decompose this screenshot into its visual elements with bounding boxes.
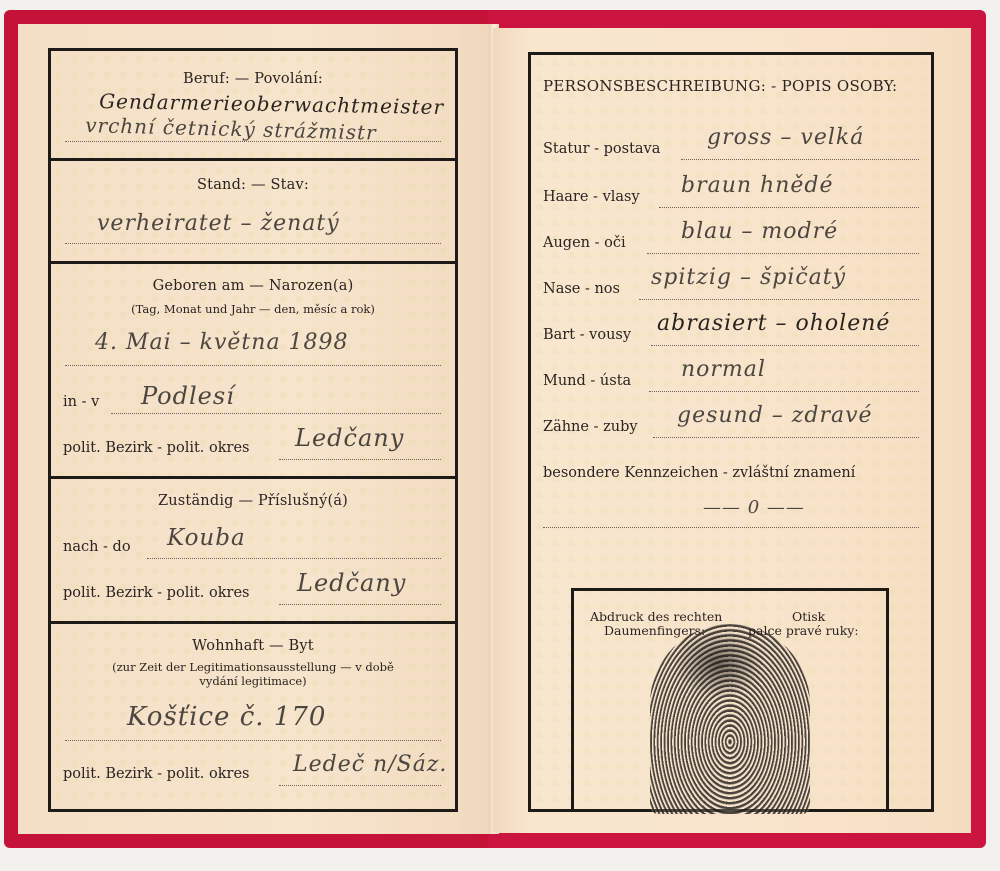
residence-district-label: polit. Bezirk - polit. okres [63, 766, 249, 782]
residence-subtitle-line2: vydání legitimace) [51, 674, 455, 688]
mund-value: normal [681, 357, 766, 382]
thumbprint-label-de-2: Daumenfingers: [604, 623, 705, 638]
bart-value: abrasiert – oholené [657, 311, 890, 336]
birth-place-label: in - v [63, 394, 99, 410]
zaehne-dotline [653, 437, 919, 438]
haare-label: Haare - vlasy [543, 189, 640, 205]
augen-value: blau – modré [681, 219, 838, 244]
birth-district-dotline [279, 459, 441, 460]
thumbprint-label-de-1: Abdruck des rechten [590, 609, 722, 624]
residence-address-value: Košťice č. 170 [127, 702, 326, 732]
augen-label: Augen - oči [543, 235, 626, 251]
occupation-dotline [65, 141, 441, 142]
haare-dotline [659, 207, 919, 208]
residence-address-dotline [65, 740, 441, 741]
domicile-place-value: Kouba [167, 525, 246, 551]
personal-description-title: PERSONSBESCHREIBUNG: - POPIS OSOBY: [543, 77, 897, 95]
special-marks-value: —— 0 —— [703, 497, 805, 518]
residence-district-dotline [279, 785, 441, 786]
special-marks-dotline [543, 527, 919, 528]
statur-label: Statur - postava [543, 141, 660, 157]
thumbprint-label-cs-1: Otisk [792, 609, 825, 624]
birth-district-label: polit. Bezirk - polit. okres [63, 440, 249, 456]
occupation-value-line2: vrchní četnický strážmistr [85, 113, 377, 145]
bart-label: Bart - vousy [543, 327, 631, 343]
nase-label: Nase - nos [543, 281, 620, 297]
residence-district-value: Ledeč n/Sáz. [293, 752, 447, 777]
domicile-district-label: polit. Bezirk - polit. okres [63, 585, 249, 601]
statur-dotline [681, 159, 919, 160]
birth-place-dotline [111, 413, 441, 414]
fingerprint-smudge [674, 629, 764, 699]
domicile-district-value: Ledčany [297, 569, 406, 597]
residence-subtitle-line1: (zur Zeit der Legitimationsausstellung —… [51, 660, 455, 674]
statur-value: gross – velká [707, 125, 864, 150]
birth-date-value: 4. Mai – května 1898 [95, 330, 349, 355]
zaehne-label: Zähne - zuby [543, 419, 638, 435]
birth-date-dotline [65, 365, 441, 366]
nase-dotline [639, 299, 919, 300]
status-title: Stand: — Stav: [51, 177, 455, 193]
left-form: Beruf: — Povolání: Gendarmerieoberwachtm… [48, 48, 458, 812]
domicile-place-dotline [147, 558, 441, 559]
thumbprint-box: Abdruck des rechten Daumenfingers: Otisk… [571, 588, 889, 811]
special-marks-label: besondere Kennzeichen - zvláštní znamení [543, 465, 855, 481]
domicile-title: Zuständig — Příslušný(á) [51, 493, 455, 509]
residence-section: Wohnhaft — Byt (zur Zeit der Legitimatio… [51, 624, 455, 806]
mund-dotline [649, 391, 919, 392]
augen-dotline [647, 253, 919, 254]
birth-district-value: Ledčany [295, 424, 404, 452]
mund-label: Mund - ústa [543, 373, 631, 389]
birth-subtitle: (Tag, Monat und Jahr — den, měsíc a rok) [51, 302, 455, 316]
bart-dotline [651, 345, 919, 346]
haare-value: braun hnědé [681, 173, 834, 198]
birth-title: Geboren am — Narozen(a) [51, 278, 455, 294]
nase-value: spitzig – špičatý [651, 265, 846, 290]
thumbprint-label-cs-2: palce pravé ruky: [748, 623, 859, 638]
status-value: verheiratet – ženatý [97, 211, 340, 236]
residence-title: Wohnhaft — Byt [51, 638, 455, 654]
occupation-title: Beruf: — Povolání: [51, 71, 455, 87]
domicile-section: Zuständig — Příslušný(á) nach - do Kouba… [51, 479, 455, 624]
zaehne-value: gesund – zdravé [677, 403, 873, 428]
status-section: Stand: — Stav: verheiratet – ženatý [51, 161, 455, 264]
occupation-section: Beruf: — Povolání: Gendarmerieoberwachtm… [51, 51, 455, 161]
birth-section: Geboren am — Narozen(a) (Tag, Monat und … [51, 264, 455, 479]
domicile-place-label: nach - do [63, 539, 131, 555]
domicile-district-dotline [279, 604, 441, 605]
right-form: PERSONSBESCHREIBUNG: - POPIS OSOBY: Stat… [528, 52, 934, 812]
birth-place-value: Podlesí [141, 382, 235, 410]
status-dotline [65, 243, 441, 244]
